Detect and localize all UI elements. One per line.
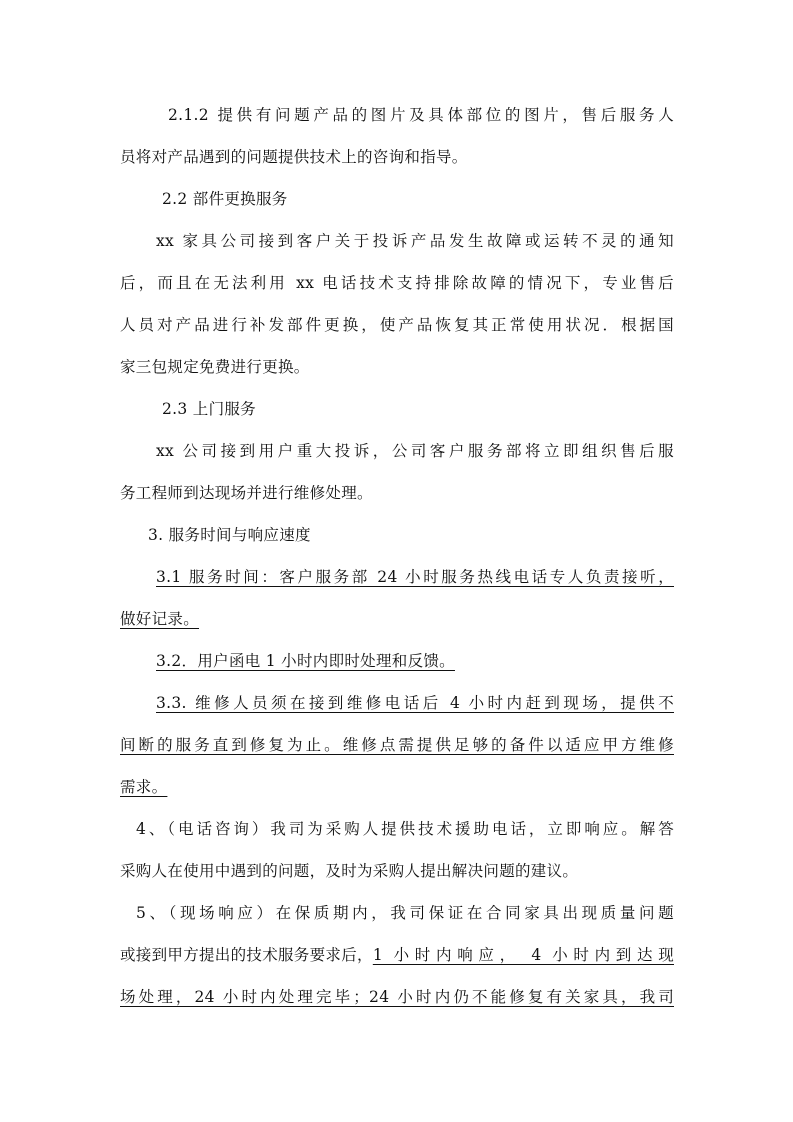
text-line: 需求。 <box>120 777 167 797</box>
text-line: 3.2．用户函电 1 小时内即时处理和反馈。 <box>156 651 455 671</box>
text-line: 2.1.2 提供有问题产品的图片及具体部位的图片，售后服务人 <box>168 105 674 125</box>
text-line: 采购人在使用中遇到的问题，及时为采购人提出解决问题的建议。 <box>120 861 578 881</box>
text-line: 后，而且在无法利用 xx 电话技术支持排除故障的情况下，专业售后 <box>120 273 674 293</box>
text-line: 场处理，24 小时内处理完毕；24 小时内仍不能修复有关家具，我司 <box>120 987 674 1007</box>
text-line: xx 家具公司接到客户关于投诉产品发生故障或运转不灵的通知 <box>156 231 674 251</box>
plain-segment: 或接到甲方提出的技术服务要求后， <box>120 945 373 965</box>
text-line: 人员对产品进行补发部件更换，使产品恢复其正常使用状况．根据国 <box>120 315 674 335</box>
text-line: 间断的服务直到修复为止。维修点需提供足够的备件以适应甲方维修 <box>120 735 674 755</box>
text-line: 2.2 部件更换服务 <box>162 189 288 209</box>
text-line: 做好记录。 <box>120 609 199 629</box>
text-line: 家三包规定免费进行更换。 <box>120 357 310 377</box>
text-line: 务工程师到达现场并进行维修处理。 <box>120 483 373 503</box>
text-line: 4、（电话咨询）我司为采购人提供技术援助电话，立即响应。解答 <box>136 819 674 839</box>
text-line: 2.3 上门服务 <box>162 399 256 419</box>
text-line: xx 公司接到用户重大投诉，公司客户服务部将立即组织售后服 <box>156 441 674 461</box>
underlined-segment: 1 小时内响应， 4 小时内到达现 <box>373 945 674 965</box>
text-line: 3. 服务时间与响应速度 <box>148 525 311 545</box>
text-line-mixed: 或接到甲方提出的技术服务要求后，1 小时内响应， 4 小时内到达现 <box>120 945 674 965</box>
text-line: 员将对产品遇到的问题提供技术上的咨询和指导。 <box>120 147 468 167</box>
text-line: 3.1 服务时间：客户服务部 24 小时服务热线电话专人负责接听， <box>156 567 674 587</box>
text-line: 3.3. 维修人员须在接到维修电话后 4 小时内赶到现场，提供不 <box>156 693 674 713</box>
text-line: 5、（现场响应）在保质期内，我司保证在合同家具出现质量问题 <box>136 903 674 923</box>
